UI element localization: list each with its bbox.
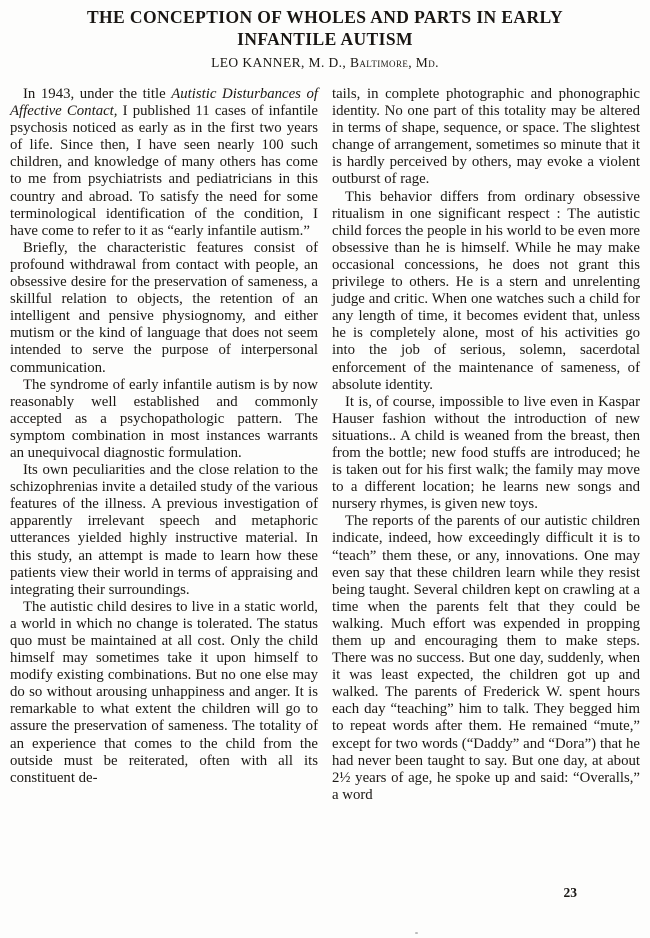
paragraph-text: In 1943, under the title bbox=[23, 86, 171, 102]
page-number: 23 bbox=[564, 885, 578, 901]
author-name: LEO KANNER, M. D., bbox=[211, 55, 350, 70]
scan-artifact bbox=[415, 932, 418, 934]
paragraph-new-situations: It is, of course, impossible to live eve… bbox=[332, 394, 640, 514]
paragraph-continuation: tails, in complete photographic and phon… bbox=[332, 86, 640, 189]
right-column: tails, in complete photographic and phon… bbox=[332, 86, 640, 804]
title-line-2: INFANTILE AUTISM bbox=[10, 28, 640, 50]
paragraph-syndrome: The syndrome of early infantile autism i… bbox=[10, 377, 318, 462]
title-line-1: THE CONCEPTION OF WHOLES AND PARTS IN EA… bbox=[10, 6, 640, 28]
author-location: Baltimore, Md. bbox=[350, 55, 439, 70]
author-byline: LEO KANNER, M. D., Baltimore, Md. bbox=[10, 55, 640, 71]
article-body: In 1943, under the title Autistic Distur… bbox=[10, 86, 640, 804]
paragraph-features: Briefly, the characteristic features con… bbox=[10, 240, 318, 377]
paragraph-parent-reports: The reports of the parents of our autist… bbox=[332, 513, 640, 804]
left-column: In 1943, under the title Autistic Distur… bbox=[10, 86, 318, 804]
paragraph-text: I published 11 cases of infantile psycho… bbox=[10, 103, 318, 239]
paragraph-peculiarities: Its own peculiarities and the close rela… bbox=[10, 462, 318, 599]
document-page: THE CONCEPTION OF WHOLES AND PARTS IN EA… bbox=[0, 0, 650, 938]
paper-title: THE CONCEPTION OF WHOLES AND PARTS IN EA… bbox=[10, 6, 640, 50]
paragraph-behavior: This behavior differs from ordinary obse… bbox=[332, 189, 640, 394]
paragraph-intro: In 1943, under the title Autistic Distur… bbox=[10, 86, 318, 240]
paragraph-static-world: The autistic child desires to live in a … bbox=[10, 599, 318, 787]
